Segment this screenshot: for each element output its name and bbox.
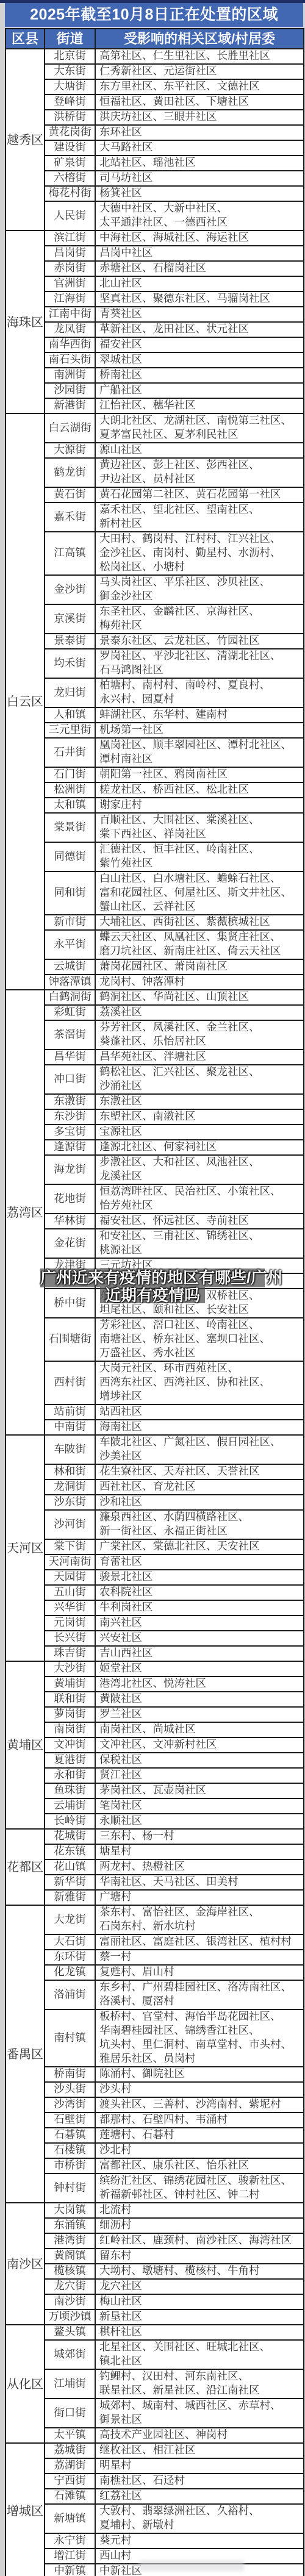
street-cell: 车陂街 xyxy=(45,1435,95,1464)
table-row: 松洲街槎龙社区、桥西社区、松北社区 xyxy=(5,782,304,798)
table-row: 南岗街南岗社区、尚城社区 xyxy=(5,1722,304,1737)
street-cell: 五山街 xyxy=(45,1585,95,1600)
street-cell: 中南街 xyxy=(45,1420,95,1435)
areas-cell: 翠城社区 xyxy=(95,352,304,368)
areas-cell: 缤纷汇社区、锦绣花园社区、骏新社区、 祈福新邨社区、钟村社区、钟二村 xyxy=(95,2173,304,2203)
street-cell: 景泰街 xyxy=(45,634,95,649)
table-row: 宁西街南樵社区、石迳村 xyxy=(5,2474,304,2489)
table-row: 石井街凰岗社区、顺丰翠园社区、潭村北社区、 潭村南社区 xyxy=(5,738,304,767)
table-row: 黄阁镇留东村 xyxy=(5,2249,304,2264)
street-cell: 大石街 xyxy=(45,1934,95,1950)
areas-cell: 百顺社区、大围社区、棠溪社区、 棠下西社区、祥岗社区 xyxy=(95,813,304,842)
table-row: 南村镇板桥村、官堂村、海怡半岛花园社区、 华南碧桂园社区、锦绣香江社区、 坑头村… xyxy=(5,2009,304,2067)
street-cell: 南村镇 xyxy=(45,2009,95,2067)
areas-cell: 高第社区、仁生里社区、长胜里社区 xyxy=(95,49,304,64)
table-row: 花都区花城街三东村、杨一村 xyxy=(5,1829,304,1844)
street-cell: 大沙街 xyxy=(45,1661,95,1676)
street-cell: 钟落潭镇 xyxy=(45,975,95,990)
street-cell: 京溪街 xyxy=(45,604,95,634)
street-cell: 天园街 xyxy=(45,1570,95,1585)
table-row: 钟落潭镇龙岗村、钟落潭村 xyxy=(5,975,304,990)
areas-cell: 渡头社区、三善村、沙湾南村、紫坭村 xyxy=(95,2097,304,2113)
table-row: 越秀区北京街高第社区、仁生里社区、长胜里社区 xyxy=(5,49,304,64)
street-cell: 昌华街 xyxy=(45,1050,95,1065)
areas-cell: 赤塘社区、石榴岗社区 xyxy=(95,261,304,276)
street-cell: 江海街 xyxy=(45,292,95,307)
street-cell: 龙归街 xyxy=(45,678,95,707)
areas-cell: 黄边社区、彭上社区、彭西社区、 尹边社区、员村社区 xyxy=(95,458,304,487)
street-cell: 站前街 xyxy=(45,1404,95,1420)
areas-cell: 三东村、杨一村 xyxy=(95,1829,304,1844)
street-cell: 沙园街 xyxy=(45,383,95,398)
table-row: 花东镇塘星村 xyxy=(5,1844,304,1859)
street-cell: 东沙街 xyxy=(45,1109,95,1125)
street-cell: 南岗街 xyxy=(45,1722,95,1737)
table-row: 冲口街鹤松社区、汇兴社区、聚龙社区、 沙涌社区 xyxy=(5,1065,304,1094)
table-row: 万顷沙镇新垦社区 xyxy=(5,2309,304,2325)
street-cell: 滨江街 xyxy=(45,231,95,246)
areas-cell: 江怡社区、穗华社区 xyxy=(95,398,304,413)
street-cell: 花山镇 xyxy=(45,1859,95,1875)
table-row: 永平街蝶云天社区、凤凰社区、集贤庄社区、 磨刀坑社区、新南庄社区、倚云天社区 xyxy=(5,930,304,959)
table-row: 南源街电业社区 xyxy=(5,1273,304,1289)
areas-cell: 景泰东社区、云龙社区、竹园社区 xyxy=(95,634,304,649)
street-cell: 冲口街 xyxy=(45,1065,95,1094)
areas-cell: 永顺社区 xyxy=(95,1814,304,1829)
areas-cell: 港湾北社区、悦涛社区 xyxy=(95,1676,304,1692)
table-row: 黄埔街港湾北社区、悦涛社区 xyxy=(5,1676,304,1692)
street-cell: 黄阁镇 xyxy=(45,2249,95,2264)
table-title: 2025年截至10月8日正在处置的区域 xyxy=(5,3,303,28)
districts-table: 区县 街道 受影响的相关区域/村居委 越秀区北京街高第社区、仁生里社区、长胜里社… xyxy=(5,28,304,2576)
street-cell: 大龙街 xyxy=(45,1905,95,1934)
street-cell: 石围塘街 xyxy=(45,1318,95,1361)
street-cell: 太和镇 xyxy=(45,798,95,813)
street-cell: 宁西街 xyxy=(45,2474,95,2489)
street-cell: 松洲街 xyxy=(45,782,95,798)
table-row: 联和街黄陂社区 xyxy=(5,1692,304,1707)
areas-cell: 海南社区 xyxy=(95,1420,304,1435)
areas-cell: 车陂北社区、广氮社区、假日园社区、 沙美社区 xyxy=(95,1435,304,1464)
areas-cell: 钓鲤村、汉田村、河东南社区、 联星社区、新星社区、沿江南社区 xyxy=(95,2369,304,2399)
areas-cell: 都那村、石壁四村、韦涌村 xyxy=(95,2113,304,2128)
areas-cell: 芬芳社区、凤溪社区、金兰社区、 葵蓬社区、乐怡居社区 xyxy=(95,1020,304,1050)
table-row: 文冲街文冲社区、文冲新村社区 xyxy=(5,1737,304,1753)
table-row: 昌华街昌华苑社区、泮塘社区 xyxy=(5,1050,304,1065)
table-row: 天河南街育蕾社区 xyxy=(5,1555,304,1570)
table-row: 人和镇蚌湖社区、东华村、建南村 xyxy=(5,707,304,723)
street-cell: 天河南街 xyxy=(45,1555,95,1570)
table-row: 长兴街兴安社区 xyxy=(5,1631,304,1646)
street-cell: 南源街 xyxy=(45,1273,95,1289)
areas-cell: 萧岗花园社区、萧岗南社区 xyxy=(95,959,304,975)
areas-cell: 广船社区 xyxy=(95,383,304,398)
areas-cell: 沙北村 xyxy=(95,2143,304,2158)
table-row: 石滩镇红荔社区 xyxy=(5,2489,304,2504)
areas-cell: 大埔社区、西街社区、紫薇槟城社区 xyxy=(95,915,304,930)
areas-cell: 东塱社区、南漖社区 xyxy=(95,1109,304,1125)
areas-cell: 大马路社区 xyxy=(95,140,304,156)
areas-cell: 东环社区 xyxy=(95,125,304,140)
table-row: 华林街福安社区、怀远社区、寺前社区 xyxy=(5,1214,304,1229)
street-cell: 石楼镇 xyxy=(45,2143,95,2158)
street-cell: 大塘街 xyxy=(45,79,95,95)
street-cell: 金沙街 xyxy=(45,575,95,604)
street-cell: 石碁镇 xyxy=(45,2128,95,2143)
areas-cell: 福安社区 xyxy=(95,337,304,352)
district-cell: 番禺区 xyxy=(5,1905,45,2203)
table-row: 兴华街牛利岗社区 xyxy=(5,1600,304,1615)
areas-cell: 中海社区、海城社区、海运社区 xyxy=(95,231,304,246)
street-cell: 龙津街 xyxy=(45,1258,95,1273)
street-cell: 太平镇 xyxy=(45,2428,95,2443)
areas-cell: 花生寮社区、天寿社区、天誉社区 xyxy=(95,1464,304,1479)
table-row: 新塘镇大敦村、翡翠绿洲社区、久裕村、 夏埔村、新墩村 xyxy=(5,2504,304,2533)
street-cell: 嘉禾街 xyxy=(45,503,95,532)
areas-cell: 谢家庄村 xyxy=(95,798,304,813)
street-cell: 矿泉街 xyxy=(45,156,95,171)
areas-cell: 兴安社区 xyxy=(95,1631,304,1646)
table-row: 棠下街广棠社区、棠德北社区、天安社区 xyxy=(5,1539,304,1555)
areas-cell: 杨箕社区 xyxy=(95,186,304,201)
street-cell: 桥南街 xyxy=(45,2067,95,2082)
table-row: 大塘街东方里社区、东平社区、文德社区 xyxy=(5,79,304,95)
areas-cell: 步漖社区、大和社区、凤池社区、 龙溪社区 xyxy=(95,1155,304,1184)
table-row: 榄核镇大坳村、墩塘村、榄核村、牛角村 xyxy=(5,2264,304,2279)
areas-cell: 和安社区、三甫社区、锦绣社区、 桃源社区 xyxy=(95,1229,304,1258)
areas-cell: 茶东村、富怡社区、金海岸社区、 石岗东村、新水坑村 xyxy=(95,1905,304,1934)
table-row: 沙湾街渡头社区、三善村、沙湾南村、紫坭村 xyxy=(5,2097,304,2113)
areas-cell: 荔溪社区 xyxy=(95,1005,304,1020)
street-cell: 黄石街 xyxy=(45,487,95,503)
areas-cell: 蝶云天社区、凤凰社区、集贤庄社区、 磨刀坑社区、新南庄社区、倚云天社区 xyxy=(95,930,304,959)
table-row: 洪桥街洪庆坊社区、三眼井社区 xyxy=(5,110,304,125)
table-row: 江高镇大田村、鹤岗村、江村村、江兴社区、 金沙社区、南岗村、勤星村、水沥村、 松… xyxy=(5,532,304,575)
areas-cell: 梅山社区 xyxy=(95,2294,304,2309)
street-cell: 官洲街 xyxy=(45,276,95,292)
table-row: 珠吉街吉山西社区 xyxy=(5,1646,304,1661)
areas-cell: 大坳村、墩塘村、榄核村、牛角村 xyxy=(95,2264,304,2279)
street-cell: 人民街 xyxy=(45,201,95,231)
street-cell: 榄核镇 xyxy=(45,2264,95,2279)
table-row: 石碁镇莲塘村、石碁村 xyxy=(5,2128,304,2143)
areas-cell: 三元坊社区 xyxy=(95,1258,304,1273)
table-row: 建设街大马路社区 xyxy=(5,140,304,156)
table-row: 大东街仁秀新社区、元运街社区 xyxy=(5,64,304,79)
table-row: 太平镇高技术产业园社区、神岗村 xyxy=(5,2428,304,2443)
street-cell: 龙穴街 xyxy=(45,2279,95,2294)
street-cell: 鱼珠街 xyxy=(45,1783,95,1798)
table-row: 石楼镇沙北村 xyxy=(5,2143,304,2158)
street-cell: 西村街 xyxy=(45,1361,95,1404)
status-table: 2025年截至10月8日正在处置的区域 区县 街道 受影响的相关区域/村居委 越… xyxy=(5,3,303,2576)
table-row: 夏港街保税社区 xyxy=(5,1753,304,1768)
street-cell: 云埔街 xyxy=(45,1798,95,1814)
street-cell: 长岭街 xyxy=(45,1814,95,1829)
table-row: 洛浦街东乡村、广州碧桂园社区、洛涛南社区、 洛溪村、厦滘村 xyxy=(5,1980,304,2009)
street-cell: 龙洞街 xyxy=(45,1479,95,1495)
table-row: 南洲街桥南社区 xyxy=(5,368,304,383)
page-root: { "page": { "title": "2025年截至10月8日正在处置的区… xyxy=(0,0,305,2576)
areas-cell: 沙头村 xyxy=(95,2082,304,2097)
areas-cell: 塘星村 xyxy=(95,1844,304,1859)
areas-cell: 马头岗社区、平乐社区、沙贝社区、 御金沙社区 xyxy=(95,575,304,604)
table-row: 南沙街梅山社区 xyxy=(5,2294,304,2309)
col-header-district: 区县 xyxy=(5,29,45,49)
areas-cell: 机场第一社区 xyxy=(95,723,304,738)
street-cell: 海龙街 xyxy=(45,1155,95,1184)
table-row: 城郊街北星社区、关围社区、旺城北社区、 镇北社区 xyxy=(5,2340,304,2369)
street-cell: 大东街 xyxy=(45,64,95,79)
areas-cell: 细沥村 xyxy=(95,2218,304,2233)
areas-cell: 电业社区 xyxy=(95,1273,304,1289)
col-header-street: 街道 xyxy=(45,29,95,49)
areas-cell: 陈涌村、御院社区 xyxy=(95,2067,304,2082)
street-cell: 鳌头镇 xyxy=(45,2325,95,2340)
areas-cell: 农科院社区 xyxy=(95,1585,304,1600)
street-cell: 永和街 xyxy=(45,1768,95,1783)
street-cell: 钟村街 xyxy=(45,2173,95,2203)
street-cell: 新塘镇 xyxy=(45,2504,95,2533)
table-row: 长岭街永顺社区 xyxy=(5,1814,304,1829)
table-row: 登峰街恒福社区、黄田社区、下塘社区 xyxy=(5,95,304,110)
table-row: 东沙街东塱社区、南漖社区 xyxy=(5,1109,304,1125)
district-cell: 越秀区 xyxy=(5,49,45,231)
areas-cell: 大德中社区、大新中社区、 太平通津社区、一德西社区 xyxy=(95,201,304,231)
areas-cell: 芳彩社区、滘口社区、岭南社区、 南塘社区、桥东社区、塞坝口社区、 万盛社区、秀水… xyxy=(95,1318,304,1361)
table-row: 嘉禾街嘉禾社区、望北社区、望南社区、 新村社区 xyxy=(5,503,304,532)
areas-cell: 两龙村、热橙社区 xyxy=(95,1859,304,1875)
table-row: 京溪街东圣社区、金麟社区、京海社区、 梅苑社区 xyxy=(5,604,304,634)
areas-cell: 革新社区、龙田社区、状元社区 xyxy=(95,322,304,337)
table-row: 花山镇两龙村、热橙社区 xyxy=(5,1859,304,1875)
col-header-areas: 受影响的相关区域/村居委 xyxy=(95,29,304,49)
table-row: 海龙街步漖社区、大和社区、凤池社区、 龙溪社区 xyxy=(5,1155,304,1184)
areas-cell: 沙和社区 xyxy=(95,1495,304,1510)
street-cell: 荔城街 xyxy=(45,2443,95,2458)
street-cell: 赤岗街 xyxy=(45,261,95,276)
street-cell: 港湾街 xyxy=(45,2233,95,2249)
table-row: 东涌镇细沥村 xyxy=(5,2218,304,2233)
areas-cell: 继枚社区、相江社区 xyxy=(95,2443,304,2458)
areas-cell: 棋杆社区 xyxy=(95,2325,304,2340)
areas-cell: 大岗元社区、环市西苑社区、 西湾东社区、西湾社区、协和社区、 增埗社区 xyxy=(95,1361,304,1404)
table-row: 大源街源山社区 xyxy=(5,443,304,458)
street-cell: 联和街 xyxy=(45,1692,95,1707)
street-cell: 文冲街 xyxy=(45,1737,95,1753)
areas-cell: 朝阳第一社区、鸦岗南社区 xyxy=(95,767,304,782)
table-row: 官洲街北山社区 xyxy=(5,276,304,292)
street-cell: 林和街 xyxy=(45,1464,95,1479)
district-cell: 花都区 xyxy=(5,1829,45,1905)
areas-cell: 南兴社区 xyxy=(95,1615,304,1631)
areas-cell: 富都社区、康乐社区、怡乐社区 xyxy=(95,2158,304,2173)
areas-cell: 罗兰社区 xyxy=(95,1707,304,1722)
table-row: 沙头街沙头村 xyxy=(5,2082,304,2097)
street-cell: 珠吉街 xyxy=(45,1646,95,1661)
areas-cell: 东乡村、广州碧桂园社区、洛涛南社区、 洛溪村、厦滘村 xyxy=(95,1980,304,2009)
table-row: 西村街大岗元社区、环市西苑社区、 西湾东社区、西湾社区、协和社区、 增埗社区 xyxy=(5,1361,304,1404)
table-row: 云埔街笔岗社区 xyxy=(5,1798,304,1814)
areas-cell: 城郊村、城南村、城西社区、赤草村、 御景社区 xyxy=(95,2399,304,2428)
areas-cell: 东海社区、河沙社区、双桥社区、 坦尾社区、颐和社区、长安社区 xyxy=(95,1289,304,1318)
street-cell: 石井街 xyxy=(45,738,95,767)
table-row: 石围塘街芳彩社区、滘口社区、岭南社区、 南塘社区、桥东社区、塞坝口社区、 万盛社… xyxy=(5,1318,304,1361)
areas-cell: 北流村 xyxy=(95,2203,304,2218)
table-row: 白云区白云湖街大朗北社区、龙湖社区、南悦第三社区、 夏茅富民社区、夏茅利民社区 xyxy=(5,413,304,443)
street-cell: 南华西街 xyxy=(45,337,95,352)
table-row: 龙津街三元坊社区 xyxy=(5,1258,304,1273)
street-cell: 登峰街 xyxy=(45,95,95,110)
street-cell: 金花街 xyxy=(45,1229,95,1258)
areas-cell: 仁秀新社区、元运街社区 xyxy=(95,64,304,79)
areas-cell: 大朗北社区、龙湖社区、南悦第三社区、 夏茅富民社区、夏茅利民社区 xyxy=(95,413,304,443)
table-row: 金沙街马头岗社区、平乐社区、沙贝社区、 御金沙社区 xyxy=(5,575,304,604)
table-row: 荔湾区白鹤洞街鹤洞社区、华尚社区、山顶社区 xyxy=(5,990,304,1005)
street-cell: 东涌镇 xyxy=(45,2218,95,2233)
table-row: 花地街恒荔湾畔社区、民治社区、小策社区、 怡芳苑社区 xyxy=(5,1184,304,1214)
areas-cell: 明星村 xyxy=(95,2458,304,2474)
areas-cell: 青葵社区 xyxy=(95,307,304,322)
table-row: 云城街萧岗花园社区、萧岗南社区 xyxy=(5,959,304,975)
table-row: 永和街贤江社区 xyxy=(5,1768,304,1783)
table-row: 江海街坚真社区、聚德东社区、马骝岗社区 xyxy=(5,292,304,307)
street-cell: 江埔街 xyxy=(45,2369,95,2399)
areas-cell: 红岭社区、鹿颈村、南沙社区、海湾社区 xyxy=(95,2233,304,2249)
watermark-blur xyxy=(139,2560,244,2571)
table-row: 同和街白山社区、白水塘社区、蟾蜍石社区、 富和花园社区、何屋社区、斯文井社区、 … xyxy=(5,871,304,915)
street-cell: 鹤龙街 xyxy=(45,458,95,487)
areas-cell: 北站社区、瑶池社区 xyxy=(95,156,304,171)
street-cell: 同德街 xyxy=(45,842,95,871)
header-row: 区县 街道 受影响的相关区域/村居委 xyxy=(5,29,304,49)
district-cell: 增城区 xyxy=(5,2443,45,2576)
street-cell: 大岗镇 xyxy=(45,2203,95,2218)
table-row: 龙凤街革新社区、龙田社区、状元社区 xyxy=(5,322,304,337)
street-cell: 大源街 xyxy=(45,443,95,458)
areas-cell: 凰岗社区、顺丰翠园社区、潭村北社区、 潭村南社区 xyxy=(95,738,304,767)
table-row: 东漖街东漖社区 xyxy=(5,1094,304,1109)
areas-cell: 汇德社区、恒丰社区、岭南社区、 紫竹苑社区 xyxy=(95,842,304,871)
street-cell: 新市街 xyxy=(45,915,95,930)
table-row: 矿泉街北站社区、瑶池社区 xyxy=(5,156,304,171)
table-row: 均禾街罗岗社区、平沙北社区、清湖北社区、 石马鸿图社区 xyxy=(5,649,304,678)
areas-cell: 贤江社区 xyxy=(95,1768,304,1783)
areas-cell: 福安社区、怀远社区、寺前社区 xyxy=(95,1214,304,1229)
street-cell: 新雅街 xyxy=(45,1890,95,1905)
areas-cell: 站西社区 xyxy=(95,1404,304,1420)
table-row: 梅花村街杨箕社区 xyxy=(5,186,304,201)
table-row: 元岗街南兴社区 xyxy=(5,1615,304,1631)
table-row: 南石头街翠城社区 xyxy=(5,352,304,368)
table-row: 黄石街黄石花园第二社区、黄石花园第一社区 xyxy=(5,487,304,503)
street-cell: 洛浦街 xyxy=(45,1980,95,2009)
street-cell: 华林街 xyxy=(45,1214,95,1229)
street-cell: 萝岗街 xyxy=(45,1707,95,1722)
street-cell: 南石头街 xyxy=(45,352,95,368)
street-cell: 人和镇 xyxy=(45,707,95,723)
areas-cell: 笔岗社区 xyxy=(95,1798,304,1814)
table-row: 天园街骏景北社区 xyxy=(5,1570,304,1585)
areas-cell: 东漖社区 xyxy=(95,1094,304,1109)
areas-cell: 桥南社区 xyxy=(95,368,304,383)
table-row: 化龙镇复甦村、眉山村 xyxy=(5,1965,304,1980)
table-row: 东环街蔡一村 xyxy=(5,1950,304,1965)
street-cell: 石壁街 xyxy=(45,2113,95,2128)
table-row: 天河区车陂街车陂北社区、广氮社区、假日园社区、 沙美社区 xyxy=(5,1435,304,1464)
table-row: 鱼珠街茅岗社区、瓦壶岗社区 xyxy=(5,1783,304,1798)
district-cell: 海珠区 xyxy=(5,231,45,413)
areas-cell: 广棠社区、棠德北社区、天安社区 xyxy=(95,1539,304,1555)
street-cell: 均禾街 xyxy=(45,649,95,678)
table-row: 南华西街福安社区 xyxy=(5,337,304,352)
street-cell: 棠景街 xyxy=(45,813,95,842)
street-cell: 元岗街 xyxy=(45,1615,95,1631)
areas-cell: 南樵社区、石迳村 xyxy=(95,2474,304,2489)
areas-cell: 槎龙社区、桥西社区、松北社区 xyxy=(95,782,304,798)
street-cell: 石滩镇 xyxy=(45,2489,95,2504)
table-row: 棠景街百顺社区、大围社区、棠溪社区、 棠下西社区、祥岗社区 xyxy=(5,813,304,842)
table-row: 沙园街广船社区 xyxy=(5,383,304,398)
areas-cell: 板桥村、官堂村、海怡半岛花园社区、 华南碧桂园社区、锦绣香江社区、 坑头村、里仁… xyxy=(95,2009,304,2067)
street-cell: 沙湾街 xyxy=(45,2097,95,2113)
street-cell: 花地街 xyxy=(45,1184,95,1214)
table-row: 黄埔区大沙街姬堂社区 xyxy=(5,1661,304,1676)
table-row: 彩虹街荔溪社区 xyxy=(5,1005,304,1020)
street-cell: 东环街 xyxy=(45,1950,95,1965)
areas-cell: 逢源北社区、何家祠社区 xyxy=(95,1140,304,1155)
table-row: 江南中街青葵社区 xyxy=(5,307,304,322)
street-cell: 逢源街 xyxy=(45,1140,95,1155)
areas-cell: 濂泉西社区、水荫四横路社区、 新一街社区、永福正街社区 xyxy=(95,1510,304,1539)
street-cell: 沙河街 xyxy=(45,1510,95,1539)
areas-cell: 育蕾社区 xyxy=(95,1555,304,1570)
areas-cell: 西社社区、育龙社区 xyxy=(95,1479,304,1495)
district-cell: 天河区 xyxy=(5,1435,45,1661)
street-cell: 东漖街 xyxy=(45,1094,95,1109)
table-row: 江埔街钓鲤村、汉田村、河东南社区、 联星社区、新星社区、沿江南社区 xyxy=(5,2369,304,2399)
table-row: 多宝街宝源社区 xyxy=(5,1125,304,1140)
table-row: 街口街城郊村、城南村、城西社区、赤草村、 御景社区 xyxy=(5,2399,304,2428)
street-cell: 黄埔街 xyxy=(45,1676,95,1692)
areas-cell: 高技术产业园社区、神岗村 xyxy=(95,2428,304,2443)
areas-cell: 柏塘村、南村村、南岭村、夏良村、 永兴村、园夏村 xyxy=(95,678,304,707)
street-cell: 同和街 xyxy=(45,871,95,915)
street-cell: 沙头街 xyxy=(45,2082,95,2097)
areas-cell: 牛利岗社区 xyxy=(95,1600,304,1615)
street-cell: 长兴街 xyxy=(45,1631,95,1646)
street-cell: 新华街 xyxy=(45,1875,95,1890)
street-cell: 龙凤街 xyxy=(45,322,95,337)
table-row: 港湾街红岭社区、鹿颈村、南沙社区、海湾社区 xyxy=(5,2233,304,2249)
street-cell: 化龙镇 xyxy=(45,1965,95,1980)
areas-cell: 龙岗村、钟落潭村 xyxy=(95,975,304,990)
table-row: 南沙区大岗镇北流村 xyxy=(5,2203,304,2218)
areas-cell: 蚌湖社区、东华村、建南村 xyxy=(95,707,304,723)
street-cell: 黄花岗街 xyxy=(45,125,95,140)
district-cell: 从化区 xyxy=(5,2325,45,2443)
street-cell: 中新镇 xyxy=(45,2564,95,2576)
street-cell: 江南中街 xyxy=(45,307,95,322)
street-cell: 夏港街 xyxy=(45,1753,95,1768)
street-cell: 永平街 xyxy=(45,930,95,959)
street-cell: 云城街 xyxy=(45,959,95,975)
areas-cell: 葵元村 xyxy=(95,2533,304,2549)
table-row: 萝岗街罗兰社区 xyxy=(5,1707,304,1722)
street-cell: 增江街 xyxy=(45,2549,95,2564)
table-row: 永宁街葵元村 xyxy=(5,2533,304,2549)
table-row: 金花街和安社区、三甫社区、锦绣社区、 桃源社区 xyxy=(5,1229,304,1258)
